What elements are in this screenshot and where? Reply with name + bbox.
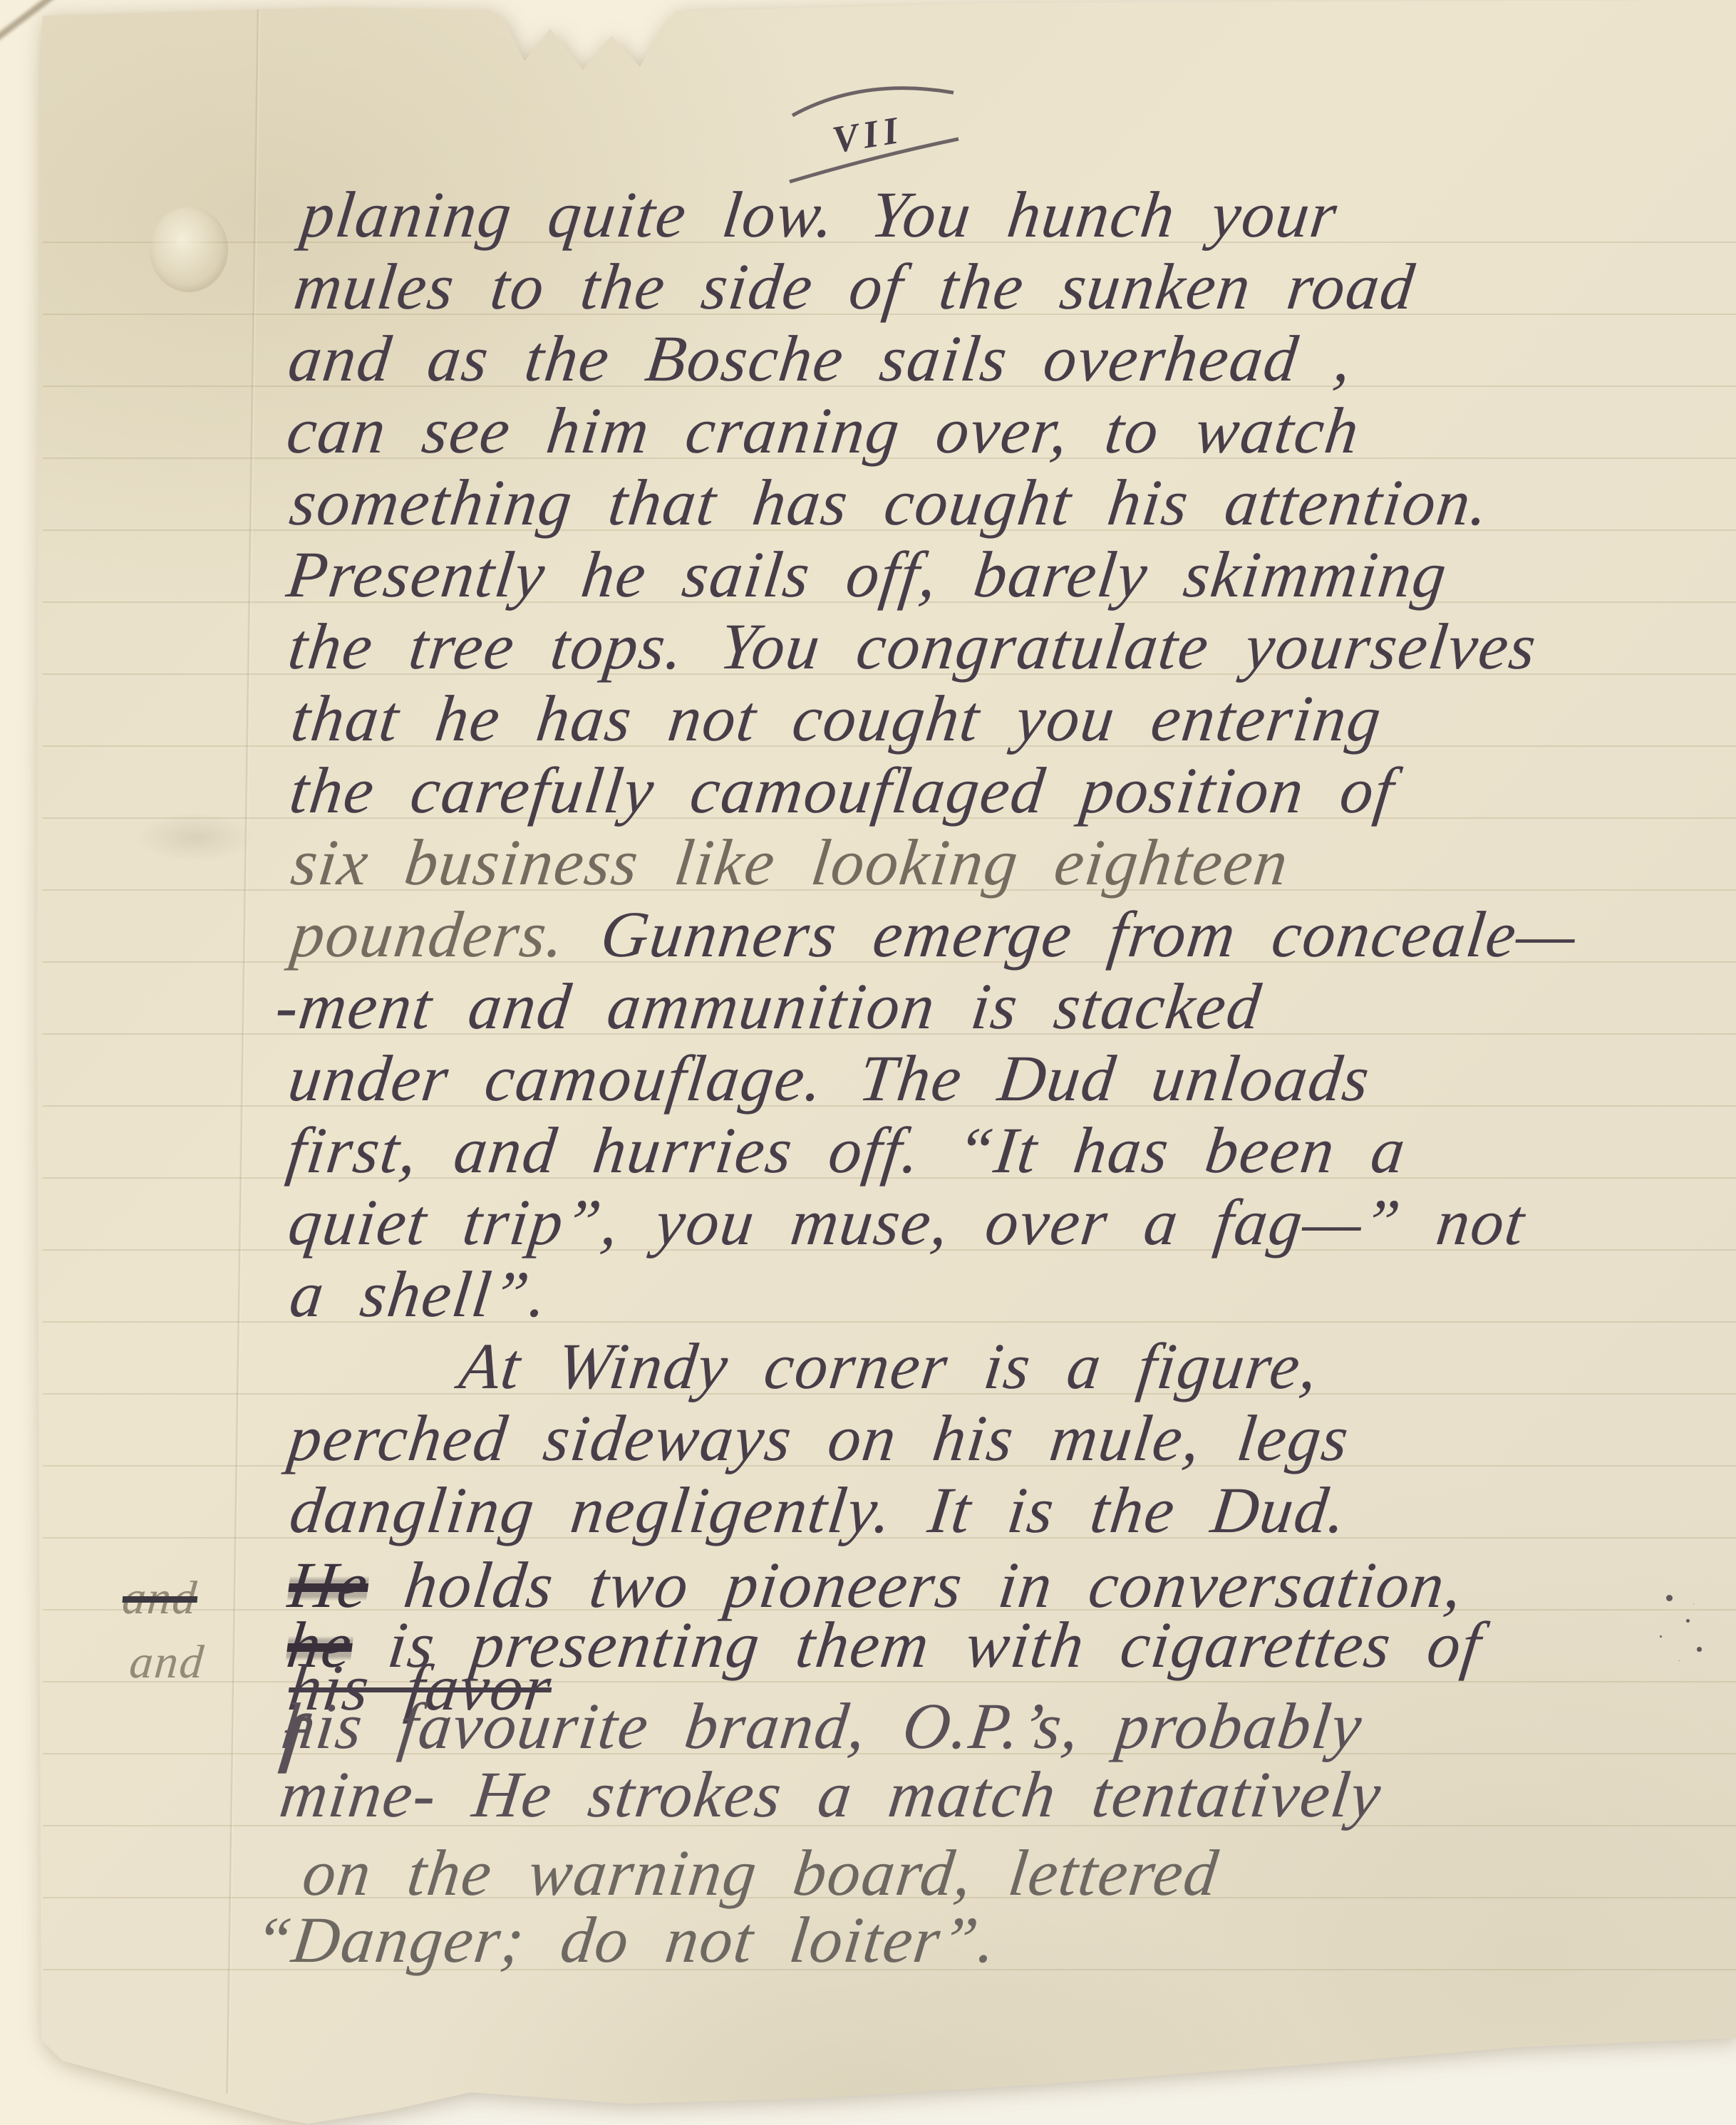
handwritten-line: and as the Bosche sails overhead ,: [285, 326, 1357, 391]
text-segment: six business like looking eighteen: [287, 826, 1293, 899]
text-segment: dangling negligently. It is the Dud.: [286, 1474, 1351, 1546]
paper-smudge: [135, 812, 257, 862]
handwritten-line: first, and hurries off. “It has been a: [284, 1117, 1410, 1183]
text-segment: At Windy corner is a figure,: [455, 1330, 1323, 1402]
text-segment: the carefully camouflaged position of: [286, 754, 1399, 827]
handwritten-line: the tree tops. You congratulate yourselv…: [285, 614, 1541, 679]
scanned-page: VII planing quite low. You hunch your mu…: [0, 0, 1736, 2125]
handwritten-line: mine- He strokes a match tentatively: [277, 1762, 1385, 1827]
text-segment: Gunners emerge from conceale—: [561, 898, 1581, 971]
text-segment: the tree tops. You congratulate yourselv…: [284, 610, 1541, 683]
handwritten-line: that he has not cought you entering: [288, 686, 1385, 751]
handwritten-line: fhis favourite brand, O.P.’s, probably: [279, 1693, 1366, 1759]
text-segment: quiet trip”, you muse, over a fag—” not: [284, 1186, 1529, 1258]
handwritten-line: under camouflage. The Dud unloads: [285, 1045, 1374, 1111]
text-segment: and as the Bosche sails overhead ,: [284, 322, 1357, 395]
handwritten-line: dangling negligently. It is the Dud.: [286, 1477, 1350, 1543]
manuscript-paper: VII planing quite low. You hunch your mu…: [0, 0, 1736, 2125]
ink-spatter: [1666, 1595, 1673, 1601]
text-segment: “Danger; do not loiter”.: [250, 1903, 1001, 1976]
text-segment: that he has not cought you entering: [287, 682, 1386, 755]
handwritten-line: mules to the side of the sunken road: [291, 254, 1419, 319]
text-segment: Presently he sails off, barely skimming: [283, 538, 1451, 611]
paper-wrap: VII planing quite low. You hunch your mu…: [0, 0, 1736, 2125]
text-segment: under camouflage. The Dud unloads: [284, 1042, 1374, 1115]
handwritten-line: Presently he sails off, barely skimming: [284, 542, 1451, 607]
text-segment: mules to the side of the sunken road: [290, 250, 1419, 323]
margin-note: and: [128, 1639, 207, 1686]
handwritten-line: -ment and ammunition is stacked: [272, 973, 1266, 1039]
text-segment: a shell”.: [286, 1258, 552, 1330]
text-segment: planing quite low. You hunch your: [297, 178, 1342, 251]
text-segment: on the warning board, lettered: [299, 1836, 1223, 1909]
handwritten-line: “Danger; do not loiter”.: [251, 1907, 1001, 1973]
handwritten-line: on the warning board, lettered: [299, 1840, 1222, 1906]
handwritten-line: can see him craning over, to watch: [284, 398, 1363, 463]
handwritten-line: pounders. Gunners emerge from conceale—: [288, 901, 1581, 967]
text-segment: -ment and ammunition is stacked: [272, 970, 1266, 1043]
handwritten-line: a shell”.: [286, 1261, 552, 1327]
handwritten-line: planing quite low. You hunch your: [298, 182, 1342, 247]
paper-dimple: [150, 207, 228, 292]
handwritten-line: something that has cought his attention.: [286, 470, 1493, 535]
text-segment: pounders.: [287, 898, 569, 971]
text-segment: perched sideways on his mule, legs: [284, 1402, 1353, 1474]
text-segment: his favourite brand, O.P.’s, probably: [278, 1690, 1367, 1762]
margin-note: and: [120, 1575, 200, 1622]
text-segment: can see him craning over, to watch: [283, 394, 1364, 467]
handwritten-line: six business like looking eighteen: [288, 829, 1293, 895]
handwritten-line: quiet trip”, you muse, over a fag—” not: [285, 1189, 1529, 1255]
text-segment: something that has cought his attention.: [286, 466, 1493, 539]
text-segment: mine- He strokes a match tentatively: [276, 1758, 1385, 1831]
handwritten-line: At Windy corner is a figure,: [456, 1333, 1323, 1399]
handwritten-line: the carefully camouflaged position of: [286, 758, 1399, 823]
handwritten-line: perched sideways on his mule, legs: [285, 1405, 1353, 1471]
text-segment: first, and hurries off. “It has been a: [283, 1114, 1410, 1186]
